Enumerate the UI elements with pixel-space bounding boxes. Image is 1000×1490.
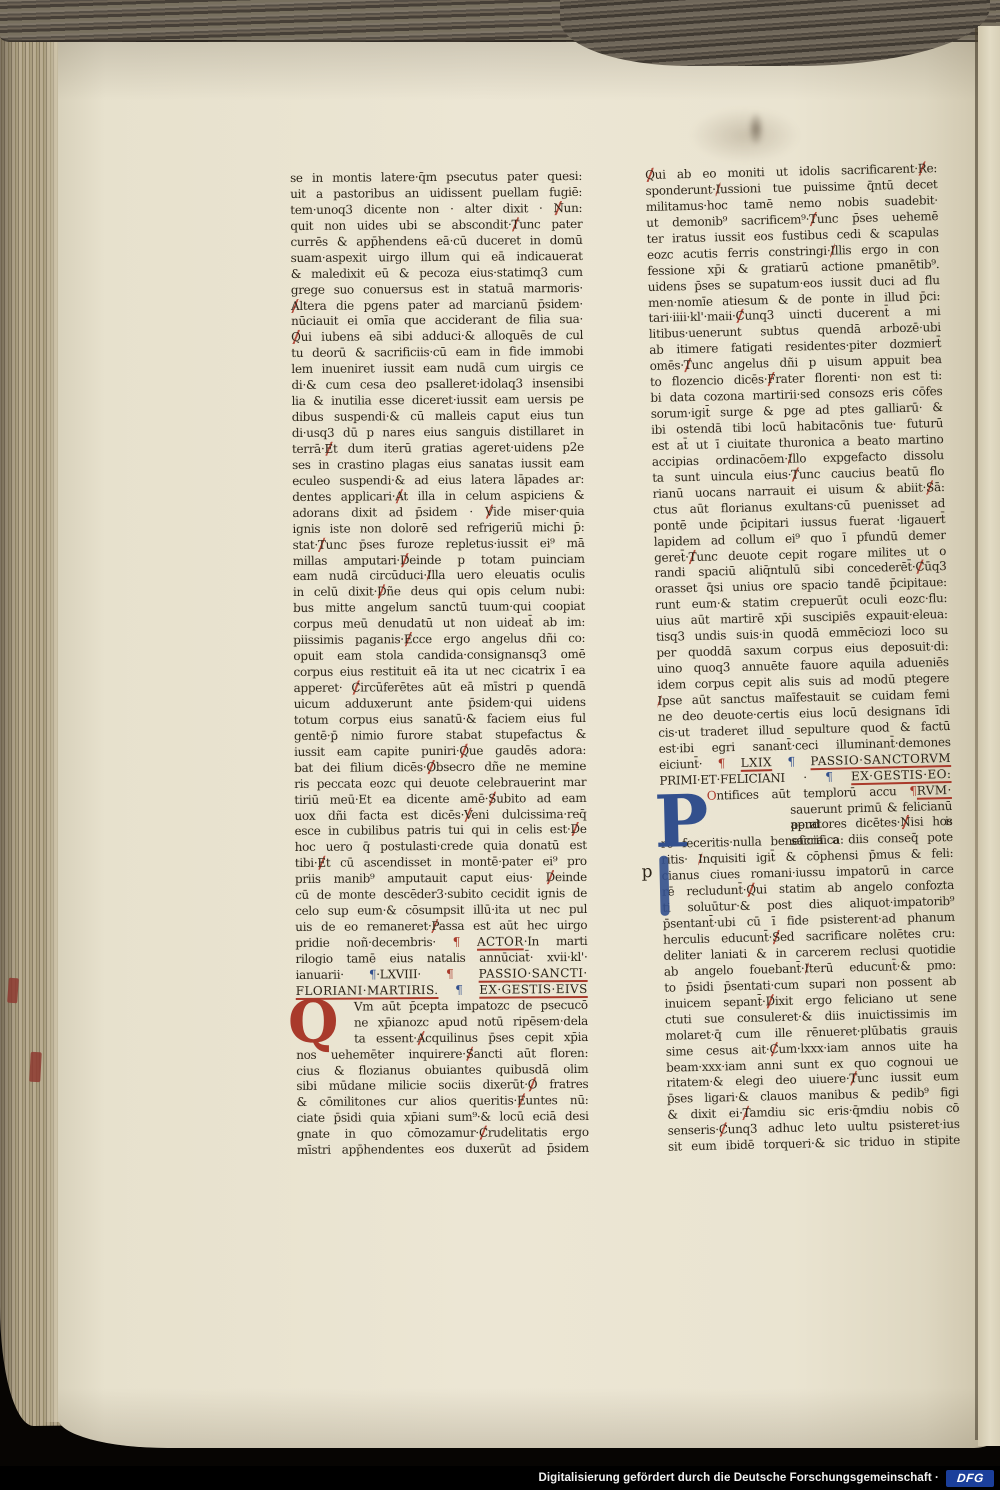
facing-page-sliver <box>978 26 1000 1446</box>
text-line: uit a pastoribus an uidissent puellam fu… <box>290 185 582 203</box>
text-line: ne xp̄ianozc apud notū ripēsem·dela <box>296 1014 588 1032</box>
paper-stain <box>690 108 800 163</box>
text-line: nos uehemēter inquirere·Sancti aūt flore… <box>296 1046 588 1064</box>
text-line: suam·aspexit uirgo illum qui eā indicaue… <box>291 249 583 267</box>
drop-cap-initial: P <box>654 787 710 856</box>
text-line: ta essent·Acquilinus p̄ses cepit xp̄ia <box>296 1030 588 1048</box>
red-tab-mark <box>7 978 19 1004</box>
text-column-right: Qui ab eo moniti ut idolis sacrificarent… <box>645 161 960 1156</box>
screenshot-root: { "colors":{"rubric_red":"#a93a2b","init… <box>0 0 1000 1490</box>
top-edge-shadow <box>810 36 990 156</box>
text-line: bat dei filium dicēs·Obsecro dñe ne memi… <box>294 759 586 777</box>
text-line: currēs & app̄hendens eā·cū duceret in do… <box>290 233 582 251</box>
text-line: grege suo conuersus est in statuā marmor… <box>291 281 583 299</box>
text-line: Vm aūt p̄cepta impatozc de psecucō <box>296 998 588 1016</box>
digitization-credit-bar: Digitalisierung gefördert durch die Deut… <box>0 1466 1000 1490</box>
text-line: eculeo suspendi·& ad eius latera lāpades… <box>292 472 584 490</box>
drop-cap-descender <box>659 856 669 916</box>
text-line: mīstri app̄hendentes eos duxerūt ad p̄si… <box>297 1141 589 1159</box>
text-line: gentē·p̄ nimio furore stabat stupefactus… <box>294 727 586 745</box>
text-line: apperet· Circūferētes aūt eā mīstri p qu… <box>294 679 586 697</box>
text-line: uicum adduxerunt ante p̄sidem·qui uidens <box>294 695 586 713</box>
text-line: dentes applicari·At illa in celum aspici… <box>292 488 584 506</box>
text-line: & maledixit eū & pecoza eius·statimq3 cu… <box>291 265 583 283</box>
text-line: adorans dixit ad p̄sidem · Vide miser·qu… <box>292 504 584 522</box>
text-line: stat·Tunc p̄ses furoze repletus·iussit e… <box>293 536 585 554</box>
text-line: ignis iste non dolorē sed refrigeriū mic… <box>292 520 584 538</box>
text-line: tiriū meū·Et ea dicente amē·Subito ad ea… <box>294 791 586 809</box>
text-line: se in montis latere·q̄m psecutus pater q… <box>290 169 582 187</box>
text-line: di·usq3 dū p nares eius sanguis distilla… <box>292 424 584 442</box>
dfg-logo-text: DFG <box>956 1471 984 1485</box>
text-line: ses in crastino plagas eius sanatas iuss… <box>292 456 584 474</box>
text-line: quit non uides ubi se abscondit·Tunc pat… <box>290 217 582 235</box>
drop-cap-initial: Q <box>288 993 339 1051</box>
text-line: pridie noñ·decembris· ¶ ACTOR·In marti <box>295 934 587 952</box>
book-photograph: se in montis latere·q̄m psecutus pater q… <box>0 0 1000 1466</box>
dfg-logo: DFG <box>946 1470 994 1487</box>
credit-text: Digitalisierung gefördert durch die Deut… <box>538 1472 939 1484</box>
text-line: tem·unoq3 dicente non · alter dixit · Nu… <box>290 201 582 219</box>
red-tab-mark <box>29 1052 42 1083</box>
paper-stain <box>748 112 764 146</box>
text-line: iussit eam capite puniri·Que gaudēs ador… <box>294 743 586 761</box>
text-column-left: se in montis latere·q̄m psecutus pater q… <box>290 169 589 1159</box>
text-line: totum corpus eius sanatū·& faciem eius f… <box>294 711 586 729</box>
text-line: FLORIANI·MARTIRIS. ¶ EX·GESTIS·EIVS <box>296 982 588 1000</box>
guide-letter: p <box>641 862 652 882</box>
text-line: terrā·Et dum iterū gratias ageret·uidens… <box>292 440 584 458</box>
text-line: ris peccata eozc qui deuote celebrauerin… <box>294 775 586 793</box>
page-bottom-shadow <box>58 1388 1000 1448</box>
